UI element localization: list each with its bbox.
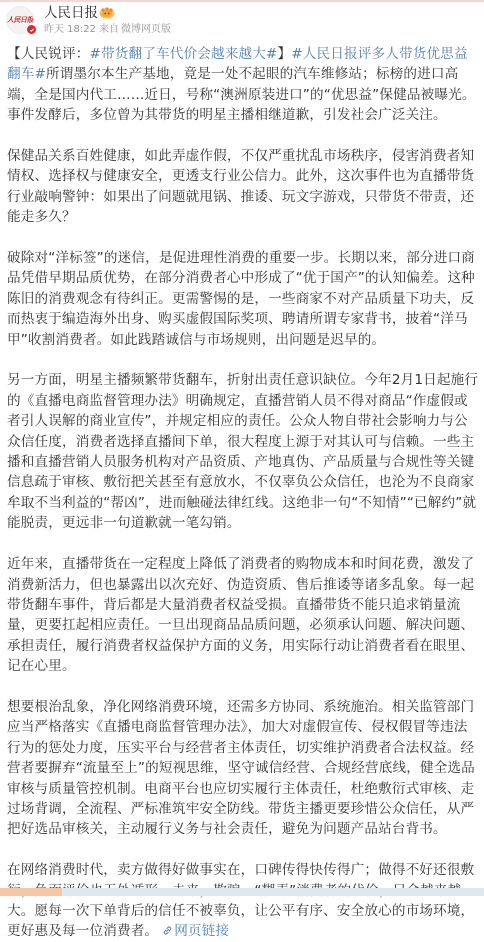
post-content: 【人民锐评：#带货翻了车代价会越来越大#】#人民日报评多人带货优思益翻车#所谓墨… [7,44,479,896]
verified-badge-icon [26,24,37,35]
paragraph-6: 想要根治乱象，净化网络消费环境，还需多方协同、系统施治。相关监管部门应当严格落实… [7,697,479,840]
headline-prefix: 【人民锐评： [7,46,89,62]
post-source: 微博网页版 [121,24,171,35]
paragraph-5: 近年来，直播带货在一定程度上降低了消费者的购物成本和时间花费，激发了消费新活力，… [7,554,479,676]
paragraph-2: 保健品关系百姓健康，如此弄虚作假，不仅严重扰乱市场秩序，侵害消费者知情权、选择权… [7,146,479,228]
topic-link-1[interactable]: #带货翻了车代价会越来越大# [89,46,277,62]
post-meta: 昨天 18:22来自微博网页版 [44,24,174,36]
post-time[interactable]: 昨天 18:22 [44,24,96,35]
vip-crown-icon[interactable] [99,6,115,19]
bottom-toolbar-accent [0,888,62,896]
paragraph-1-body: 所谓墨尔本生产基地，竟是一处不起眼的汽车维修站；标榜的进口高端，全是国内代工……… [7,66,476,123]
headline-suffix: 】 [277,46,291,62]
paragraph-1: 【人民锐评：#带货翻了车代价会越来越大#】#人民日报评多人带货优思益翻车#所谓墨… [7,44,479,126]
source-prefix: 来自 [99,24,119,35]
bottom-toolbar-edge [0,888,484,896]
author-name[interactable]: 人民日报 [44,5,98,21]
paragraph-4: 另一方面，明星主播频繁带货翻车，折射出责任意识缺位。今年2月1日起施行的《直播电… [7,370,479,533]
paragraph-3: 破除对“洋标签”的迷信，是促进理性消费的重要一步。长期以来，部分进口商品凭借早期… [7,248,479,350]
top-divider [0,0,484,2]
post-header: 人民日报 人民日报 昨天 18:22来自微博网页版 [6,4,476,40]
